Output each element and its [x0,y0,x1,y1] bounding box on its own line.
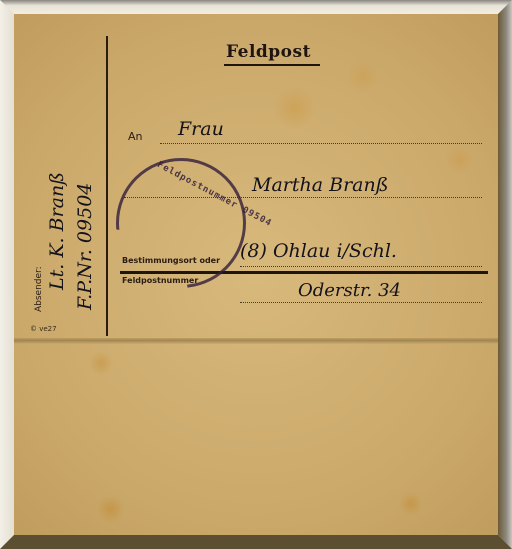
frame-bevel-right [498,0,512,549]
address-thick-rule [120,271,488,274]
printer-mark: © ve27 [30,325,57,333]
recipient-prefix-label: An [128,130,143,143]
sender-label: Absender: [34,266,44,312]
sender-number-handwriting: F.P.Nr. 09504 [74,183,96,310]
address-line-3 [240,266,482,267]
document-title: Feldpost [226,42,311,62]
recipient-name-handwriting: Martha Branß [252,174,388,196]
frame-bevel-left [0,0,14,549]
fold-crease [14,338,498,344]
image-frame: Feldpost An Frau Martha Branß Bestimmung… [0,0,512,549]
frame-bevel-bottom [0,535,512,549]
destination-line1-handwriting: (8) Ohlau i/Schl. [240,240,397,262]
destination-line2-handwriting: Oderstr. 34 [298,280,401,301]
address-line-1 [160,143,482,144]
sender-name-handwriting: Lt. K. Branß [46,172,68,290]
frame-bevel-top [0,0,512,14]
address-line-4 [240,302,482,303]
title-underline [224,64,320,66]
sender-divider-line [106,36,108,336]
salutation-handwriting: Frau [178,118,224,140]
